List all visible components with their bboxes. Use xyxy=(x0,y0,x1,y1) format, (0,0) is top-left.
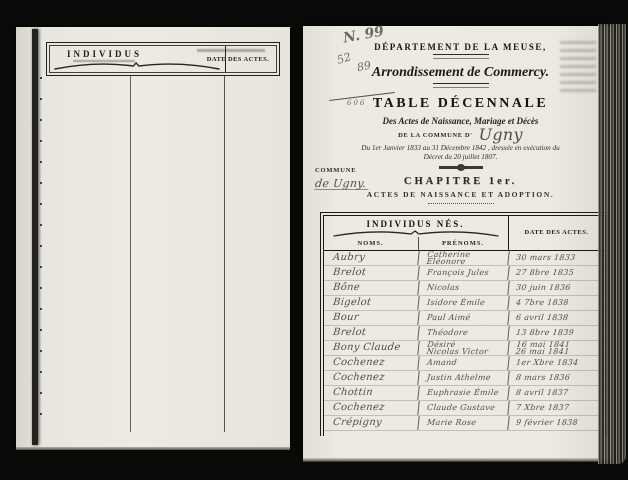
table-row: CochenezJustin Athelme8 mars 1836 xyxy=(324,371,605,386)
cell-nom: Cochenez xyxy=(323,371,419,385)
births-table: INDIVIDUS NÉS. NOMS. PRÉNOMS. DATE DES A… xyxy=(320,212,608,436)
cell-prenoms: Catherine Eléonore xyxy=(418,251,509,265)
left-page-header-box: INDIVIDUS DATE DES ACTES. xyxy=(46,42,280,76)
cell-nom: Cochenez xyxy=(323,401,419,415)
cell-nom: Brelot xyxy=(323,266,419,280)
table-row: CochenezClaude Gustave7 Xbre 1837 xyxy=(324,401,605,416)
left-page-column-line-2 xyxy=(224,75,225,432)
births-table-header: INDIVIDUS NÉS. NOMS. PRÉNOMS. DATE DES A… xyxy=(324,216,605,251)
column-header-prenoms: PRÉNOMS. xyxy=(419,237,508,250)
cell-date: 16 mai 1841 26 mai 1841 xyxy=(508,341,605,355)
column-header-dates: DATE DES ACTES. xyxy=(509,216,605,250)
cell-prenoms: Nicolas xyxy=(418,281,509,295)
registry-book-scan: INDIVIDUS DATE DES ACTES. N. 99 52 89 60… xyxy=(0,0,628,480)
left-page-title: INDIVIDUS xyxy=(67,49,142,59)
chapter-subtitle: ACTES DE NAISSANCE ET ADOPTION. xyxy=(333,190,588,199)
cell-prenoms: Claude Gustave xyxy=(418,401,509,415)
left-page-gutter xyxy=(32,29,38,445)
cell-prenoms: Théodore xyxy=(418,326,509,340)
acts-subtitle: Des Actes de Naissance, Mariage et Décès xyxy=(333,116,588,126)
commune-line: DE LA COMMUNE D' Ugny xyxy=(333,127,588,142)
period-line-2: Décret du 20 juillet 1807. xyxy=(333,153,588,162)
individus-nes-title: INDIVIDUS NÉS. xyxy=(324,219,508,229)
chapter-heading: CHAPITRE 1er. xyxy=(333,176,588,187)
cell-date: 30 mars 1833 xyxy=(508,251,605,265)
table-row: CochenezAmand1er Xbre 1834 xyxy=(324,356,605,371)
divider-rule xyxy=(433,83,489,88)
cell-date: 30 juin 1836 xyxy=(508,281,605,295)
cell-date: 8 avril 1837 xyxy=(508,386,605,400)
margin-commune-note: COMMUNE de Ugny. xyxy=(315,167,369,192)
cell-nom: Chottin xyxy=(323,386,419,400)
cell-date: 13 8bre 1839 xyxy=(508,326,605,340)
left-page-date-column-label: DATE DES ACTES. xyxy=(200,56,276,63)
cell-date: 4 7bre 1838 xyxy=(508,296,605,310)
table-row: BrelotFrançois Jules27 8bre 1835 xyxy=(324,266,605,281)
cell-nom: Brelot xyxy=(323,326,419,340)
dotted-rule xyxy=(428,203,494,204)
commune-name-handwritten: Ugny xyxy=(479,125,523,144)
gutter-tick-marks xyxy=(40,77,42,417)
cell-date: 27 8bre 1835 xyxy=(508,266,605,280)
table-row: ChottinEuphrasie Émile8 avril 1837 xyxy=(324,386,605,401)
cell-prenoms: Paul Aimé xyxy=(418,311,509,325)
cell-prenoms: Euphrasie Émile xyxy=(418,386,509,400)
cell-date: 6 avril 1838 xyxy=(508,311,605,325)
cell-nom: Bour xyxy=(323,311,419,325)
table-row: BigelotIsidore Émile4 7bre 1838 xyxy=(324,296,605,311)
left-page-fineprint xyxy=(197,49,265,52)
period-line-1: Du 1er Janvier 1833 au 31 Décembre 1842 … xyxy=(333,144,588,153)
left-page: INDIVIDUS DATE DES ACTES. xyxy=(16,27,290,447)
table-row: BourPaul Aimé6 avril 1838 xyxy=(324,311,605,326)
table-row: Bony ClaudeDésiré Nicolas Victor16 mai 1… xyxy=(324,341,605,356)
cell-nom: Aubry xyxy=(323,251,419,265)
cell-prenoms: Marie Rose xyxy=(418,416,509,430)
cell-date: 9 février 1838 xyxy=(508,416,605,430)
table-row: CrépignyMarie Rose9 février 1838 xyxy=(324,416,605,431)
cell-date: 1er Xbre 1834 xyxy=(508,356,605,370)
cell-prenoms: Désiré Nicolas Victor xyxy=(418,341,509,355)
margin-commune-name-handwritten: de Ugny. xyxy=(315,180,370,190)
cell-nom: Bony Claude xyxy=(323,341,419,355)
cell-prenoms: Justin Athelme xyxy=(418,371,509,385)
cell-nom: Crépigny xyxy=(323,416,419,430)
cell-prenoms: François Jules xyxy=(418,266,509,280)
ornament-divider xyxy=(439,166,483,169)
divider-rule xyxy=(433,54,489,59)
cell-date: 8 mars 1836 xyxy=(508,371,605,385)
cell-prenoms: Amand xyxy=(418,356,509,370)
table-row: BrelotThéodore13 8bre 1839 xyxy=(324,326,605,341)
cell-prenoms: Isidore Émile xyxy=(418,296,509,310)
column-header-noms: NOMS. xyxy=(324,237,419,250)
period-statement: Du 1er Janvier 1833 au 31 Décembre 1842 … xyxy=(333,144,588,162)
cell-date: 7 Xbre 1837 xyxy=(508,401,605,415)
table-row: AubryCatherine Eléonore30 mars 1833 xyxy=(324,251,605,266)
pencil-annotation-3: 606 xyxy=(347,99,366,107)
margin-commune-label: COMMUNE xyxy=(315,167,369,174)
sub-header-row: NOMS. PRÉNOMS. xyxy=(324,237,508,250)
cell-nom: Cochenez xyxy=(323,356,419,370)
departement-heading: DÉPARTEMENT DE LA MEUSE, xyxy=(333,42,588,52)
page-stack-edge xyxy=(598,24,626,464)
right-page: N. 99 52 89 606 DÉPARTEMENT DE LA MEUSE,… xyxy=(303,26,612,458)
births-table-body: AubryCatherine Eléonore30 mars 1833Brelo… xyxy=(324,251,605,437)
cell-nom: Bigelot xyxy=(323,296,419,310)
cell-nom: Bône xyxy=(323,281,419,295)
table-decennale-title: TABLE DÉCENNALE xyxy=(333,96,588,112)
brace-ornament xyxy=(53,60,221,72)
individus-nes-group: INDIVIDUS NÉS. NOMS. PRÉNOMS. xyxy=(324,216,509,250)
left-page-column-line-1 xyxy=(130,75,131,432)
commune-label: DE LA COMMUNE D' xyxy=(398,132,472,139)
table-row: BôneNicolas30 juin 1836 xyxy=(324,281,605,296)
births-table-frame: INDIVIDUS NÉS. NOMS. PRÉNOMS. DATE DES A… xyxy=(323,215,606,437)
